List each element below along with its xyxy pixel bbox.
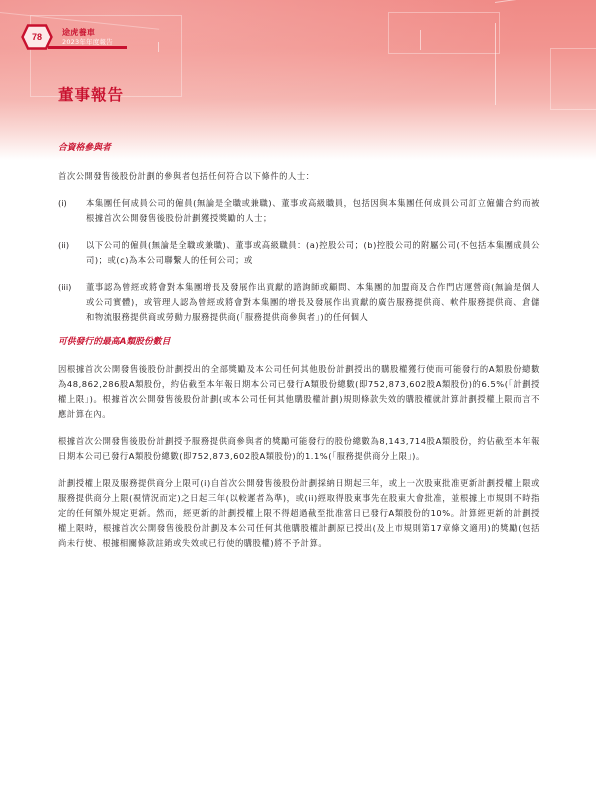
banner-decoration bbox=[420, 30, 421, 50]
list-number: (i) bbox=[58, 196, 86, 226]
banner-decoration bbox=[388, 12, 500, 54]
report-name: 2023年年度報告 bbox=[62, 37, 113, 46]
banner-decoration bbox=[158, 42, 159, 52]
paragraph: 根據首次公開發售後股份計劃授予服務提供商參與者的獎勵可能發行的股份總數為8,14… bbox=[58, 434, 540, 464]
paragraph: 計劃授權上限及服務提供商分上限可(i)自首次公開發售後股份計劃採納日期起三年，或… bbox=[58, 476, 540, 551]
list-text: 董事認為曾經或將會對本集團增長及發展作出貢獻的諮詢師或顧問、本集團的加盟商及合作… bbox=[86, 280, 540, 325]
list-text: 本集團任何成員公司的僱員(無論是全職或兼職)、董事或高級職員，包括因與本集團任何… bbox=[86, 196, 540, 226]
list-number: (iii) bbox=[58, 280, 86, 325]
list-item: (i) 本集團任何成員公司的僱員(無論是全職或兼職)、董事或高級職員，包括因與本… bbox=[58, 196, 540, 226]
paragraph: 因根據首次公開發售後股份計劃授出的全部獎勵及本公司任何其他股份計劃授出的購股權獲… bbox=[58, 362, 540, 422]
list-item: (iii) 董事認為曾經或將會對本集團增長及發展作出貢獻的諮詢師或顧問、本集團的… bbox=[58, 280, 540, 325]
page-number: 78 bbox=[21, 24, 53, 50]
page-number-badge: 78 bbox=[21, 24, 53, 50]
document-body: 合資格參與者 首次公開發售後股份計劃的參與者包括任何符合以下條件的人士： (i)… bbox=[58, 141, 540, 563]
list-number: (ii) bbox=[58, 238, 86, 268]
list-text: 以下公司的僱員(無論是全職或兼職)、董事或高級職員：(a)控股公司；(b)控股公… bbox=[86, 238, 540, 268]
section-heading-eligible-participants: 合資格參與者 bbox=[58, 141, 540, 156]
banner-decoration bbox=[550, 48, 596, 110]
header-banner bbox=[0, 0, 596, 160]
list-item: (ii) 以下公司的僱員(無論是全職或兼職)、董事或高級職員：(a)控股公司；(… bbox=[58, 238, 540, 268]
banner-decoration bbox=[495, 23, 496, 105]
page-title: 董事報告 bbox=[58, 83, 124, 105]
header-underline bbox=[48, 46, 127, 49]
paragraph: 首次公開發售後股份計劃的參與者包括任何符合以下條件的人士： bbox=[58, 169, 540, 184]
section-heading-max-shares: 可供發行的最高A類股份數目 bbox=[58, 335, 540, 350]
